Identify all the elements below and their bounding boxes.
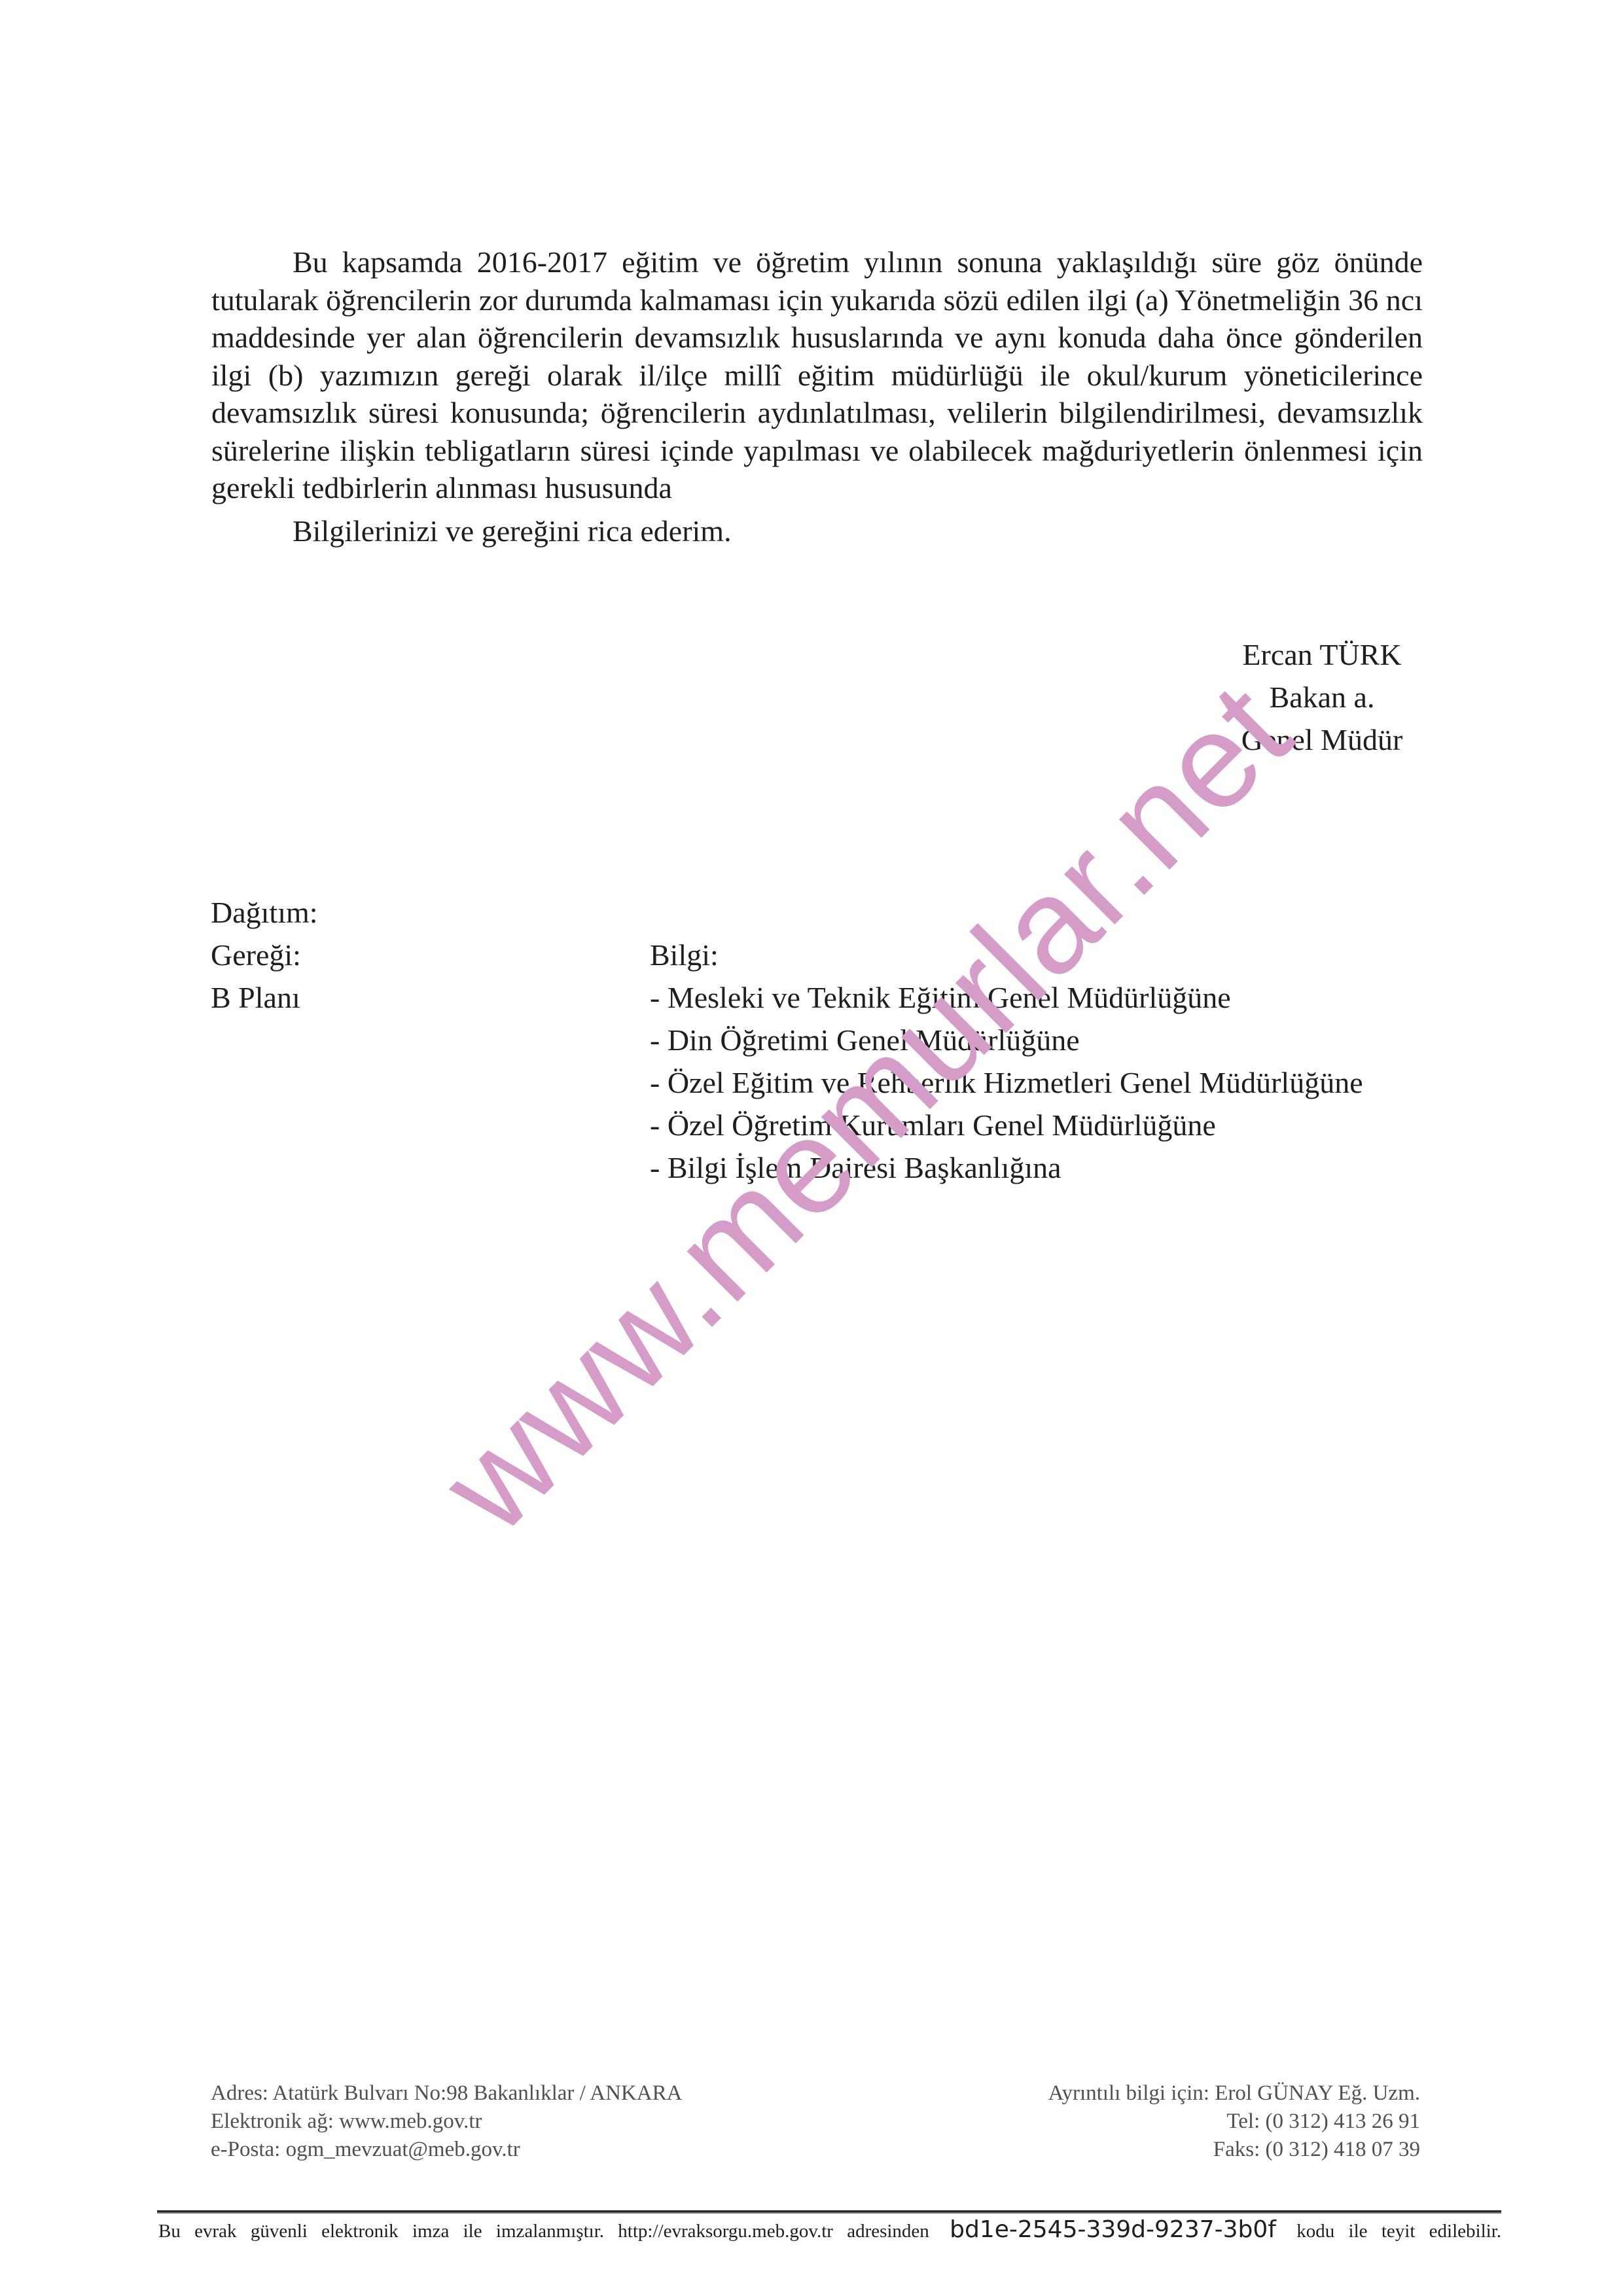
signatory-title: Genel Müdür [1211,718,1433,761]
info-item: - Bilgi İşlem Dairesi Başkanlığına [650,1146,1501,1189]
contact-web: Elektronik ağ: www.meb.gov.tr [211,2108,682,2136]
contact-address-block: Adres: Atatürk Bulvarı No:98 Bakanlıklar… [211,2079,682,2164]
document-page: Bu kapsamda 2016-2017 eğitim ve öğretim … [0,0,1623,2296]
verification-line: Bu evrak güvenli elektronik imza ile imz… [158,2217,1501,2244]
contact-person-block: Ayrıntılı bilgi için: Erol GÜNAY Eğ. Uzm… [1048,2079,1420,2164]
signature-block: Ercan TÜRK Bakan a. Genel Müdür [1211,633,1433,761]
body-paragraph: Bu kapsamda 2016-2017 eğitim ve öğretim … [211,243,1423,507]
verification-prefix: Bu evrak güvenli elektronik imza ile imz… [158,2221,929,2242]
distribution-info-column: Bilgi: - Mesleki ve Teknik Eğitim Genel … [650,934,1501,1189]
contact-email: e-Posta: ogm_mevzuat@meb.gov.tr [211,2136,682,2164]
action-item: B Planı [211,976,603,1019]
closing-sentence: Bilgilerinizi ve gereğini rica ederim. [211,512,1423,550]
info-item: - Mesleki ve Teknik Eğitim Genel Müdürlü… [650,976,1501,1019]
contact-fax: Faks: (0 312) 418 07 39 [1048,2136,1420,2164]
contact-person: Ayrıntılı bilgi için: Erol GÜNAY Eğ. Uzm… [1048,2079,1420,2108]
contact-address: Adres: Atatürk Bulvarı No:98 Bakanlıklar… [211,2079,682,2108]
distribution-left-column: Dağıtım: Gereği: B Planı [211,891,603,1019]
footer-divider [157,2210,1501,2214]
distribution-heading: Dağıtım: [211,891,603,934]
info-item: - Özel Eğitim ve Rehberlik Hizmetleri Ge… [650,1061,1501,1104]
signatory-on-behalf: Bakan a. [1211,676,1433,718]
info-item: - Özel Öğretim Kurumları Genel Müdürlüğü… [650,1104,1501,1146]
action-label: Gereği: [211,934,603,976]
verification-suffix: kodu ile teyit edilebilir. [1296,2221,1501,2242]
letter-body: Bu kapsamda 2016-2017 eğitim ve öğretim … [211,243,1423,550]
contact-phone: Tel: (0 312) 413 26 91 [1048,2108,1420,2136]
verification-code: bd1e-2545-339d-9237-3b0f [943,2216,1283,2243]
info-item: - Din Öğretimi Genel Müdürlüğüne [650,1019,1501,1061]
info-label: Bilgi: [650,934,1501,976]
signatory-name: Ercan TÜRK [1211,633,1433,676]
